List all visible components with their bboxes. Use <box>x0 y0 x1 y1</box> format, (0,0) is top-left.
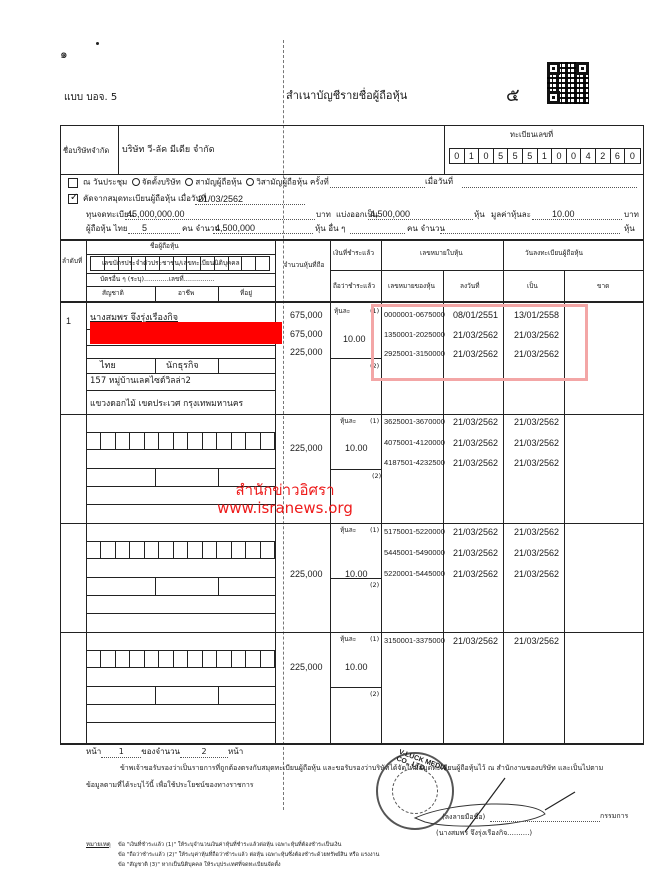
registration-became: 21/03/2562 <box>514 636 559 646</box>
director-label: กรรมการ <box>600 813 628 821</box>
registration-digit: 0 <box>552 149 567 163</box>
registration-digit: 1 <box>465 149 480 163</box>
registration-digit: 5 <box>508 149 523 163</box>
signer-name: (นางสมพร จึงรุ่งเรืองกิจ..........) <box>436 830 532 838</box>
holder-address-1: 157 หมู่บ้านเลคไซด์วิลล่า2 <box>90 377 191 386</box>
shares-unit: หุ้น <box>474 211 485 220</box>
rule <box>86 613 275 614</box>
rule <box>86 468 275 469</box>
header-bottom-border <box>60 301 643 303</box>
cert-share-numbers: 5220001-5445000 <box>384 569 445 578</box>
time-label: ครั้งที่ <box>310 178 329 187</box>
register-date: 21/03/2562 <box>198 194 243 204</box>
rule <box>155 358 156 373</box>
meeting-checkbox[interactable] <box>68 178 78 188</box>
rule <box>86 686 275 687</box>
cert-share-numbers: 3150001-3375000 <box>384 636 445 645</box>
dotted-line <box>440 233 620 234</box>
cert-share-numbers: 5175001-5220000 <box>384 527 445 536</box>
note-2: ข้อ "ถือว่าชำระแล้ว (2)" ให้ระบุค่าหุ้นท… <box>118 852 379 858</box>
dotted-line <box>128 233 180 234</box>
table-right-border <box>643 125 644 174</box>
occupation-header: อาชีพ <box>178 290 194 297</box>
rule <box>444 125 445 174</box>
par-value: 10.00 <box>552 209 575 219</box>
handwritten-mark: ๕ <box>506 86 520 106</box>
mark-1: (1) <box>370 527 379 534</box>
watermark: สำนักข่าวอิศรา www.isranews.org <box>200 482 370 517</box>
registration-digit: 5 <box>494 149 509 163</box>
dotted-line <box>330 187 425 188</box>
rule <box>86 390 275 391</box>
dotted-line <box>213 233 313 234</box>
table-top-border <box>60 239 643 241</box>
cert-date: 21/03/2562 <box>453 527 498 537</box>
registration-date-header: วันลงทะเบียนผู้ถือหุ้น <box>525 250 583 257</box>
registration-digit: 0 <box>450 149 465 163</box>
cert-date: 21/03/2562 <box>453 548 498 558</box>
rule <box>86 595 275 596</box>
paid-value: 10.00 <box>345 662 368 672</box>
company-name: บริษัท วี-ลัค มีเดีย จำกัด <box>122 146 215 156</box>
rule <box>218 577 219 595</box>
id-line-header: เลขบัตรประจำตัวประชาชน/เลขทะเบียนนิติบุค… <box>102 260 240 267</box>
thai-shares-unit: หุ้น อื่น ๆ <box>315 225 345 234</box>
shares-held: 225,000 <box>290 569 323 579</box>
meeting-label: ณ วันประชุม <box>83 178 127 187</box>
mark-1: (1) <box>370 418 379 425</box>
cert-share-numbers: 3625001-3670000 <box>384 417 445 426</box>
rule <box>86 577 275 578</box>
rule <box>330 270 643 271</box>
rule <box>86 286 275 287</box>
rule <box>86 254 275 255</box>
registration-number-label: ทะเบียนเลขที่ <box>510 131 553 139</box>
total-shares-value: 4,500,000 <box>370 209 410 219</box>
mark-2: (2) <box>370 691 379 698</box>
notes-label: หมายเหตุ <box>86 842 111 849</box>
registration-digit: 0 <box>567 149 582 163</box>
sign-label: (ลงลายมือชื่อ) <box>442 814 485 822</box>
registration-digit: 2 <box>596 149 611 163</box>
registration-number: 0105551004260 <box>449 148 641 164</box>
rule <box>155 468 156 486</box>
thai-holder-count: 5 <box>142 223 147 233</box>
seq-header: ลำดับที่ <box>62 258 82 265</box>
dotted-line <box>532 219 622 220</box>
cert-share-numbers: 4187501-4232500 <box>384 458 445 467</box>
cert-numbers-header: เลขหมายใบหุ้น <box>420 250 463 257</box>
holder-nationality: ไทย <box>100 362 116 372</box>
rule <box>60 174 643 175</box>
ceased-header: ขาด <box>597 283 609 290</box>
table-right-border <box>643 174 644 745</box>
other-shares-unit: หุ้น <box>624 225 635 234</box>
registration-became: 21/03/2562 <box>514 527 559 537</box>
cert-date: 21/03/2562 <box>453 458 498 468</box>
paid-label: หุ้นละ <box>334 308 350 315</box>
watermark-line-1: สำนักข่าวอิศรา <box>200 482 370 499</box>
option-statutory-label: จัดตั้งบริษัท <box>142 178 181 187</box>
cert-date: 21/03/2562 <box>453 569 498 579</box>
watermark-line-2: www.isranews.org <box>200 499 370 517</box>
row-separator <box>60 632 643 633</box>
paid-label: หุ้นละ <box>340 636 356 643</box>
shares-held-header: จำนวนหุ้นที่ถือ <box>283 262 325 269</box>
dotted-line <box>462 187 637 188</box>
mark-1: (1) <box>370 636 379 643</box>
cert-date-header: ลงวันที่ <box>460 283 480 290</box>
meeting-date-label: เมื่อวันที่ <box>425 178 453 187</box>
dotted-line <box>350 233 405 234</box>
ink-dot <box>96 42 99 45</box>
meeting-line: ณ วันประชุม จัดตั้งบริษัท สามัญผู้ถือหุ้… <box>83 178 329 187</box>
rule <box>330 687 381 688</box>
rule <box>118 125 119 174</box>
par-label: มูลค่าหุ้นละ <box>491 211 531 220</box>
rule <box>155 686 156 704</box>
holder-header: ชื่อผู้ถือหุ้น <box>150 243 179 250</box>
shares-held: 675,000 <box>290 310 323 320</box>
note-1: ข้อ "เงินที่ชำระแล้ว (1)" ให้ระบุจำนวนเง… <box>118 842 341 848</box>
register-checkbox[interactable]: ✓ <box>68 194 78 204</box>
paid-value: 10.00 <box>343 334 366 344</box>
id-number-grid <box>86 432 275 450</box>
paid-label: หุ้นละ <box>340 418 356 425</box>
redaction-bar <box>90 322 282 344</box>
row-separator <box>60 414 643 415</box>
rule <box>86 273 275 274</box>
page-mark: ๑ <box>60 48 68 61</box>
form-code: แบบ บอจ. 5 <box>64 92 117 103</box>
paid-value: 10.00 <box>345 443 368 453</box>
rule <box>155 577 156 595</box>
cert-date: 21/03/2562 <box>453 636 498 646</box>
registration-became: 21/03/2562 <box>514 569 559 579</box>
cert-share-numbers: 4075001-4120000 <box>384 438 445 447</box>
rule <box>218 686 219 704</box>
rule <box>86 722 275 723</box>
paid-value: 10.00 <box>345 569 368 579</box>
register-label: คัดจากสมุดทะเบียนผู้ถือหุ้น เมื่อวันที่ <box>83 195 206 204</box>
thai-shares-value: 4,500,000 <box>215 223 255 233</box>
rule <box>330 469 381 470</box>
table-left-border <box>60 125 61 745</box>
registered-capital-value: 45,000,000.00 <box>127 209 185 219</box>
rule <box>86 704 275 705</box>
rule <box>86 358 275 359</box>
holders-label: ผู้ถือหุ้น ไทย <box>86 225 128 234</box>
shares-held: 225,000 <box>290 443 323 453</box>
holder-address-2: แขวงดอกไม้ เขตประเวศ กรุงเทพมหานคร <box>90 400 243 409</box>
rule <box>60 125 643 126</box>
dotted-line <box>195 204 305 205</box>
nationality-header: สัญชาติ <box>102 290 124 297</box>
registration-digit: 6 <box>611 149 626 163</box>
registration-became: 21/03/2562 <box>514 417 559 427</box>
table-bottom-border <box>60 743 643 745</box>
paid-label: หุ้นละ <box>340 527 356 534</box>
id-number-grid <box>86 650 275 668</box>
address-header: ที่อยู่ <box>240 290 252 297</box>
other-card-header: บัตรอื่น ๆ (ระบุ)............เลขที่.....… <box>100 276 215 283</box>
registration-digit: 5 <box>523 149 538 163</box>
radio-statutory[interactable] <box>132 178 140 186</box>
option-extraordinary-label: วิสามัญผู้ถือหุ้น <box>256 178 307 187</box>
rule <box>218 286 219 301</box>
share-numbers-header: เลขหมายของหุ้น <box>388 283 435 290</box>
paid-per-share-header: เงินที่ชำระแล้ว <box>333 250 374 257</box>
shares-held: 675,000 <box>290 329 323 339</box>
registration-digit: 0 <box>625 149 640 163</box>
registration-became: 21/03/2562 <box>514 548 559 558</box>
rule <box>155 286 156 301</box>
dotted-line <box>125 219 315 220</box>
note-3: ข้อ "สัญชาติ (3)" หากเป็นนิติบุคคล ให้ระ… <box>118 862 281 868</box>
shares-held: 225,000 <box>290 347 323 357</box>
deemed-paid-header: ถือว่าชำระแล้ว <box>333 283 375 290</box>
registration-digit: 0 <box>479 149 494 163</box>
cert-date: 21/03/2562 <box>453 438 498 448</box>
registration-became: 21/03/2562 <box>514 438 559 448</box>
page-count: หน้า1ของจำนวน2หน้า <box>86 748 243 758</box>
column-divider <box>86 239 87 745</box>
fold-line <box>283 40 284 810</box>
par-unit: บาท <box>624 211 639 220</box>
id-number-grid <box>86 541 275 559</box>
shares-held: 225,000 <box>290 662 323 672</box>
qr-code-icon <box>547 62 589 104</box>
row-seq: 1 <box>66 316 71 326</box>
radio-ordinary[interactable] <box>185 178 193 186</box>
dotted-line <box>368 219 473 220</box>
rule <box>218 358 219 373</box>
baht-label: บาท <box>316 211 331 220</box>
row-separator <box>60 523 643 524</box>
cert-share-numbers: 5445001-5490000 <box>384 548 445 557</box>
rule <box>86 345 275 346</box>
certification-line-2: ข้อมูลตามที่ได้ระบุไว้นี้ เพื่อใช้ประโยช… <box>86 782 254 790</box>
registration-digit: 1 <box>538 149 553 163</box>
option-ordinary-label: สามัญผู้ถือหุ้น <box>195 178 242 187</box>
check-icon: ✓ <box>70 192 78 203</box>
mark-2: (2) <box>372 473 381 480</box>
rule <box>86 373 275 374</box>
company-name-label: ชื่อบริษัทจำกัด <box>63 147 109 155</box>
page-title: สำเนาบัญชีรายชื่อผู้ถือหุ้น <box>286 90 407 102</box>
radio-extraordinary[interactable] <box>246 178 254 186</box>
registration-became: 21/03/2562 <box>514 458 559 468</box>
holder-occupation: นักธุรกิจ <box>166 362 199 372</box>
highlight-box <box>371 304 588 381</box>
became-header: เป็น <box>527 283 538 290</box>
registration-digit: 4 <box>581 149 596 163</box>
cert-date: 21/03/2562 <box>453 417 498 427</box>
dotted-line <box>490 821 600 822</box>
mark-2: (2) <box>370 582 379 589</box>
